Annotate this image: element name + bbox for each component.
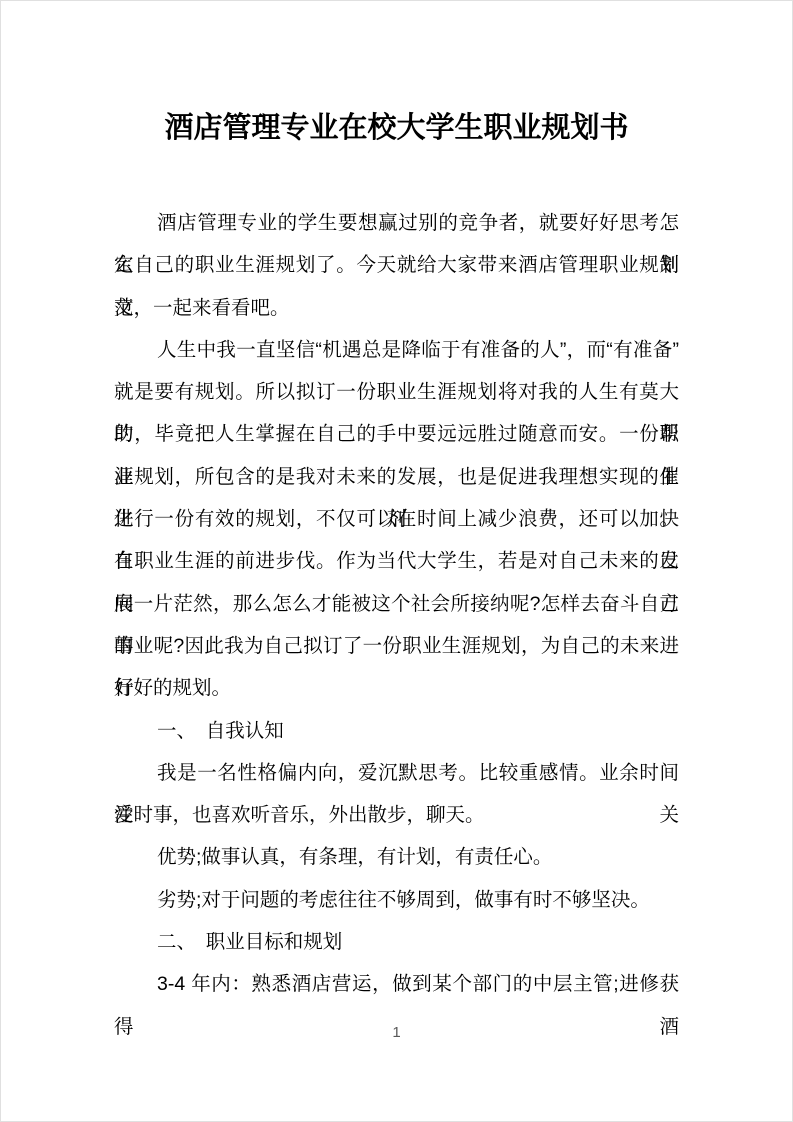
text-line-strengths: 优势;做事认真，有条理，有计划，有责任心。: [114, 836, 679, 878]
text-line: 酒店管理专业的学生要想赢过别的竞争者，就要好好思考怎么制: [114, 202, 679, 244]
document-body: 酒店管理专业的学生要想赢过别的竞争者，就要好好思考怎么制 定自己的职业生涯规划了…: [114, 202, 679, 1006]
section-heading-career-goals: 二、 职业目标和规划: [114, 921, 679, 963]
text-line-weaknesses: 劣势;对于问题的考虑往往不够周到，做事有时不够坚决。: [114, 879, 679, 921]
text-line: 进行一份有效的规划，不仅可以在时间上减少浪费，还可以加快自己: [114, 498, 679, 540]
text-line: 文，一起来看看吧。: [114, 287, 679, 329]
text-line: 在职业生涯的前进步伐。作为当代大学生，若是对自己未来的发展方: [114, 540, 679, 582]
page-number: 1: [1, 1024, 792, 1042]
text-line: 人生中我一直坚信“机遇总是降临于有准备的人”，而“有准备”: [114, 329, 679, 371]
document-title: 酒店管理专业在校大学生职业规划书: [1, 108, 792, 148]
text-line: 事业呢?因此我为自己拟订了一份职业生涯规划，为自己的未来进行: [114, 625, 679, 667]
text-line: 涯规划，所包含的是我对未来的发展，也是促进我理想实现的催化剂。: [114, 456, 679, 498]
text-line: 定自己的职业生涯规划了。今天就给大家带来酒店管理职业规划范: [114, 244, 679, 286]
text-line: 好好的规划。: [114, 667, 679, 709]
text-line: 向一片茫然，那么怎么才能被这个社会所接纳呢?怎样去奋斗自己的: [114, 583, 679, 625]
document-page: 酒店管理专业在校大学生职业规划书 酒店管理专业的学生要想赢过别的竞争者，就要好好…: [0, 0, 793, 1122]
text-line: 助，毕竟把人生掌握在自己的手中要远远胜过随意而安。一份职业生: [114, 413, 679, 455]
text-line: 就是要有规划。所以拟订一份职业生涯规划将对我的人生有莫大的帮: [114, 371, 679, 413]
section-heading-self-awareness: 一、 自我认知: [114, 710, 679, 752]
text-line: 我是一名性格偏内向，爱沉默思考。比较重感情。业余时间爱关: [114, 752, 679, 794]
text-line: 3-4 年内：熟悉酒店营运，做到某个部门的中层主管;进修获得酒: [114, 963, 679, 1005]
